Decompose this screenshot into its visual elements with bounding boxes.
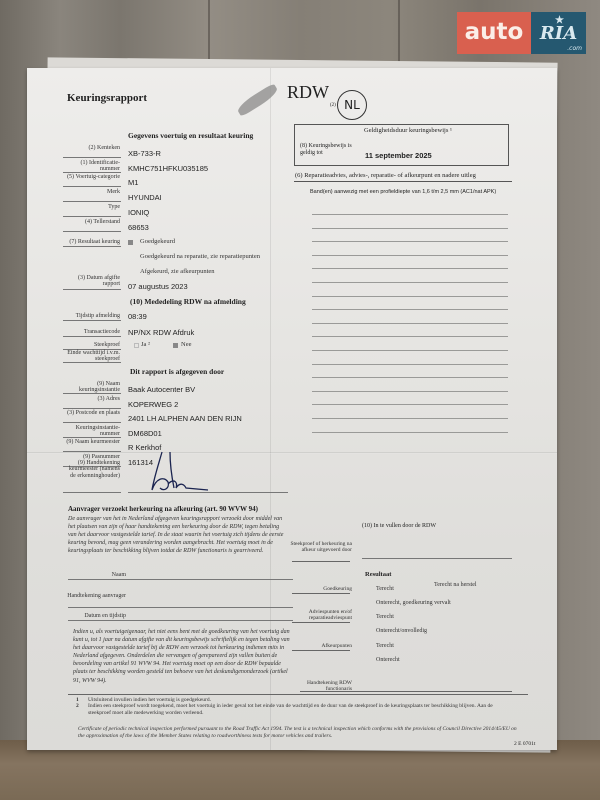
ruled-line <box>312 296 508 297</box>
issuer-field-value: 2401 LH ALPHEN AAN DEN RIJN <box>128 414 242 423</box>
label-underline <box>63 362 121 363</box>
objection-paragraph: Indien u, als voertuigeigenaar, het niet… <box>73 628 295 685</box>
issuer-field-value: DM68D01 <box>128 429 162 438</box>
rdw-logo-text: RDW <box>287 82 329 103</box>
repair-advice-text: Band(en) aanwezig met een profieldiepte … <box>310 189 520 196</box>
autoria-logo: auto ★ RIA .com <box>457 12 586 54</box>
reinspection-paragraph: De aanvrager van het in Nederland afgege… <box>68 515 286 555</box>
date-value: 07 augustus 2023 <box>128 282 188 291</box>
label-underline <box>292 622 350 623</box>
ruled-line <box>312 377 508 378</box>
result-heading: Resultaat <box>365 571 391 578</box>
label-underline <box>63 186 121 187</box>
issuer-field-value: Baak Autocenter BV <box>128 385 195 394</box>
issuer-field-value: KOPERWEG 2 <box>128 400 178 409</box>
ruled-line <box>312 309 508 310</box>
vehicle-field-label: Type <box>64 204 120 210</box>
applicant-signature-label: Handtekening aanvrager <box>64 593 126 599</box>
applicant-signature-line <box>68 607 293 608</box>
label-underline <box>63 408 121 409</box>
repair-heading: (6) Reparatieadvies, advies-, reparatie-… <box>295 172 476 179</box>
country-code-badge: NL <box>337 90 367 120</box>
label-underline <box>63 246 121 247</box>
performed-by-line <box>362 558 512 559</box>
vehicle-field-label: (1) Identificatie-nummer <box>64 160 120 173</box>
vehicle-field-label: (4) Tellerstand <box>64 219 120 225</box>
validity-label: (8) Keuringsbewijs is geldig tot <box>300 143 360 156</box>
rdw-option: Terecht <box>376 643 394 649</box>
issuer-field-label: (9) Pasnummer <box>64 454 120 460</box>
star-icon: ★ <box>555 15 564 26</box>
applicant-name-label: Naam <box>64 572 126 578</box>
applicant-datetime-line <box>68 620 293 621</box>
ruled-line <box>312 336 508 337</box>
dereg-time-label: Tijdstip afmelding <box>64 313 120 319</box>
footnote-number: 2 <box>76 703 79 710</box>
ruled-line <box>312 350 508 351</box>
issuer-field-label: (9) Naam keuringsinstantie <box>64 381 120 394</box>
applicant-name-line <box>68 579 293 580</box>
sample-label: Steekproef <box>64 342 120 348</box>
result-option-approved: Goedgekeurd <box>140 238 175 245</box>
label-underline <box>63 157 121 158</box>
transaction-code-label: Transactiecode <box>64 329 120 335</box>
label-underline <box>63 437 121 438</box>
label-underline <box>292 593 350 594</box>
rdw-option: Onterecht <box>376 657 400 663</box>
signature-scribble <box>140 448 210 498</box>
issued-by-heading: Dit rapport is afgegeven door <box>130 367 224 376</box>
wait-time-label: Einde wachttijd i.v.m. steekproef <box>64 350 120 363</box>
vehicle-field-label: (2) Kenteken <box>64 145 120 151</box>
transaction-code-value: NP/NX RDW Afdruk <box>128 328 194 337</box>
sample-checkbox-yes <box>134 343 139 348</box>
applicant-datetime-label: Datum en tijdstip <box>64 613 126 619</box>
vehicle-field-value: HYUNDAI <box>128 193 162 202</box>
issuer-field-label: (9) Naam keurmeester <box>64 439 120 445</box>
deregistration-heading: (10) Mededeling RDW na afmelding <box>130 297 246 306</box>
label-underline <box>63 393 121 394</box>
logo-com-text: .com <box>567 45 582 52</box>
ruled-line <box>312 404 508 405</box>
vehicle-field-label: Merk <box>64 189 120 195</box>
ruled-line <box>312 241 508 242</box>
ruled-line <box>312 323 508 324</box>
form-code: 2 E 0701t <box>514 741 535 747</box>
label-underline <box>63 289 121 290</box>
ruled-line <box>312 364 508 365</box>
vehicle-field-label: (5) Voertuig-categorie <box>64 174 120 180</box>
date-label: (3) Datum afgifte rapport <box>64 275 120 288</box>
issuer-field-label: (3) Adres <box>64 396 120 402</box>
rdw-row-label-advice: Adviespunten en/of reparatieadviespunt <box>290 609 352 621</box>
footnote-divider <box>68 694 528 695</box>
logo-auto-text: auto <box>457 12 531 54</box>
label-underline <box>63 320 121 321</box>
reinspection-heading: Aanvrager verzoekt herkeuring na afkeuri… <box>68 505 258 513</box>
label-underline <box>63 231 121 232</box>
vehicle-field-value: 68653 <box>128 223 149 232</box>
issuer-field-label: Keuringsinstantie-nummer <box>64 425 120 438</box>
country-ref: (2) <box>330 103 336 108</box>
result-checkbox-approved <box>128 240 133 245</box>
sample-option-no: Nee <box>181 341 191 348</box>
vehicle-field-value: IONIQ <box>128 208 149 217</box>
result-option-approved-after-repair: Goedgekeurd na reparatie, zie reparatiep… <box>140 253 260 260</box>
vehicle-field-value: XB-733-R <box>128 149 161 158</box>
label-underline <box>63 201 121 202</box>
rdw-row-label-rejection: Afkeurpunten <box>290 643 352 649</box>
sample-option-yes: Ja ² <box>141 341 150 348</box>
vehicle-section-heading: Gegevens voertuig en resultaat keuring <box>128 131 253 140</box>
certificate-statement: Certificate of periodic technical inspec… <box>78 726 518 740</box>
sample-checkbox-no <box>173 343 178 348</box>
logo-ria-block: ★ RIA .com <box>531 12 586 54</box>
label-underline <box>292 561 350 562</box>
label-underline <box>63 216 121 217</box>
vehicle-field-value: M1 <box>128 178 138 187</box>
rdw-option: Terecht <box>376 614 394 620</box>
label-underline <box>63 172 121 173</box>
rdw-option: Terecht na herstel <box>434 582 477 588</box>
issuer-field-label: (3) Postcode en plaats <box>64 410 120 416</box>
rdw-section-heading: (10) In te vullen door de RDW <box>362 523 436 529</box>
vehicle-field-value: KMHC751HFKU035185 <box>128 164 208 173</box>
repair-heading-underline <box>294 181 512 182</box>
ruled-line <box>312 228 508 229</box>
signature-label: (9) Handtekening keurmeester (namens de … <box>64 460 120 479</box>
label-underline <box>63 422 121 423</box>
ruled-line <box>312 255 508 256</box>
rdw-option: Onterecht, goedkeuring vervalt <box>376 600 451 606</box>
result-label: (7) Resultaat keuring <box>64 239 120 245</box>
result-option-rejected: Afgekeurd, zie afkeurpunten <box>140 268 215 275</box>
label-underline <box>63 451 121 452</box>
ruled-line <box>312 391 508 392</box>
validity-date: 11 september 2025 <box>365 151 432 160</box>
ruled-line <box>312 432 508 433</box>
document-title: Keuringsrapport <box>67 92 147 104</box>
label-underline <box>63 492 121 493</box>
validity-title: Geldigheidsduur keuringsbewijs ¹ <box>318 127 498 134</box>
label-underline <box>292 650 350 651</box>
ruled-line <box>312 418 508 419</box>
ruled-line <box>312 214 508 215</box>
label-underline <box>63 336 121 337</box>
rdw-option: Terecht <box>376 586 394 592</box>
dereg-time-value: 08:39 <box>128 312 147 321</box>
rdw-row-label-approval: Goedkeuring <box>290 586 352 592</box>
rdw-signature-line <box>300 691 512 692</box>
ruled-line <box>312 282 508 283</box>
performed-by-label: Steekproef of herkeuring na afkeur uitge… <box>290 541 352 553</box>
rdw-option: Onterecht/onvolledig <box>376 628 427 634</box>
footnote-text: Indien een steekproef wordt toegekend, m… <box>88 703 508 716</box>
ruled-line <box>312 268 508 269</box>
